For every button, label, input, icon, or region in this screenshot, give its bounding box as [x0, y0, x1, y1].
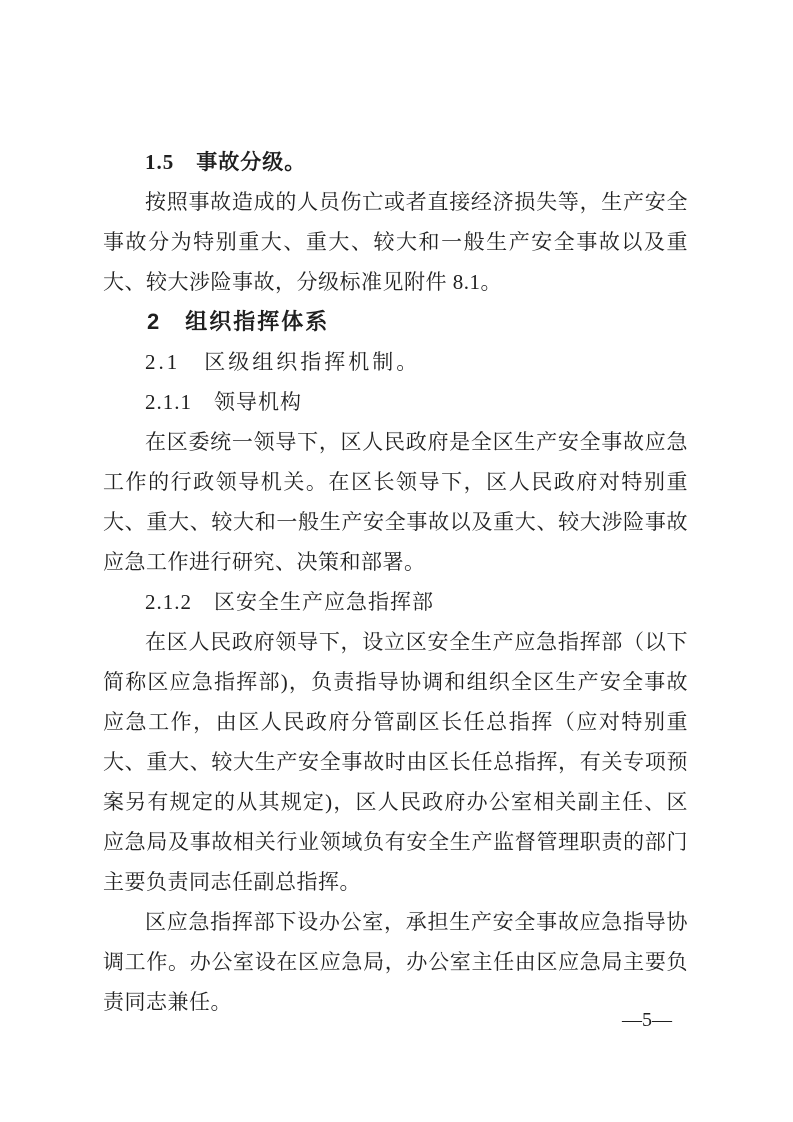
section-heading-2-1: 2.1 区级组织指挥机制。 [103, 342, 688, 382]
subsection-heading-2-1-2: 2.1.2 区安全生产应急指挥部 [103, 582, 688, 622]
paragraph-emergency-command: 在区人民政府领导下，设立区安全生产应急指挥部（以下简称区应急指挥部)，负责指导协… [103, 622, 688, 902]
document-body: 1.5 事故分级。 按照事故造成的人员伤亡或者直接经济损失等，生产安全事故分为特… [103, 142, 688, 1022]
paragraph-command-office: 区应急指挥部下设办公室，承担生产安全事故应急指导协调工作。办公室设在区应急局，办… [103, 902, 688, 1022]
paragraph-accident-classification: 按照事故造成的人员伤亡或者直接经济损失等，生产安全事故分为特别重大、重大、较大和… [103, 182, 688, 302]
subsection-heading-2-1-1: 2.1.1 领导机构 [103, 382, 688, 422]
section-heading-1-5: 1.5 事故分级。 [103, 142, 688, 182]
chapter-heading-2: 2 组织指挥体系 [103, 302, 688, 342]
paragraph-leadership-organ: 在区委统一领导下，区人民政府是全区生产安全事故应急工作的行政领导机关。在区长领导… [103, 422, 688, 582]
document-page: 1.5 事故分级。 按照事故造成的人员伤亡或者直接经济损失等，生产安全事故分为特… [0, 0, 793, 1122]
page-number: —5— [622, 1005, 672, 1035]
